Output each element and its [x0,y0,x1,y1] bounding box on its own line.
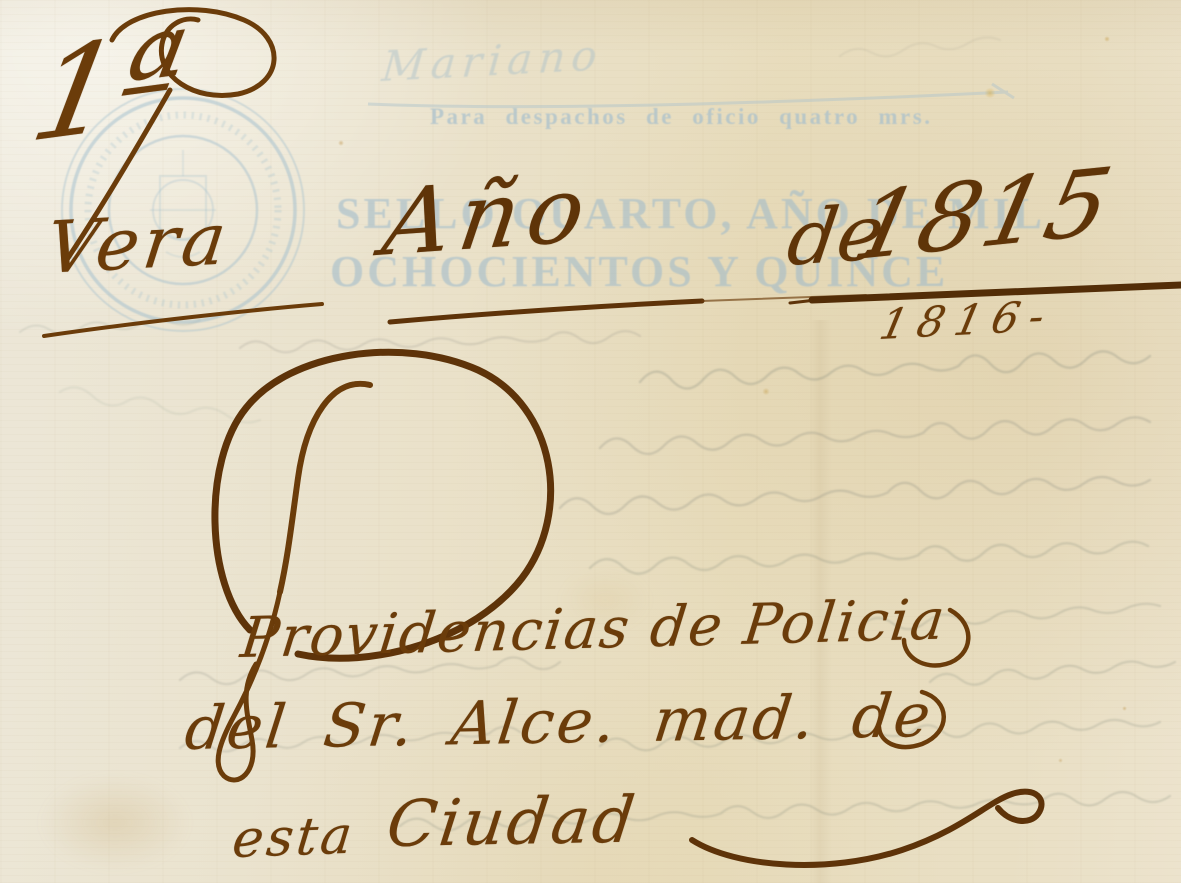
folio-mark: 1ª [21,4,196,171]
foxing-spot [762,388,770,395]
foxing-spot [1058,758,1063,763]
manuscript-page: Mariano Para despachos de oficio quatro … [0,0,1181,883]
showthrough-name: Mariano [380,30,605,91]
foxing-spot [1104,36,1110,42]
title-line-3-ciudad: Ciudad [383,784,641,862]
foxing-spot [984,88,996,98]
title-line-1: Providencias de Policia [238,588,950,671]
place-docket: Vera [42,197,235,290]
fee-line: Para despachos de oficio quatro mrs. [430,104,932,130]
title-line-2: del Sr. Alce. mad. de [181,681,937,764]
year-word-ano: Año [377,156,600,277]
year-struck: 1815 [844,148,1122,282]
foxing-spot [338,140,344,146]
foxing-spot [1122,706,1127,711]
year-corrected: 1816- [875,291,1059,349]
paper-stain [40,775,190,870]
title-line-3-esta: esta [230,806,358,870]
